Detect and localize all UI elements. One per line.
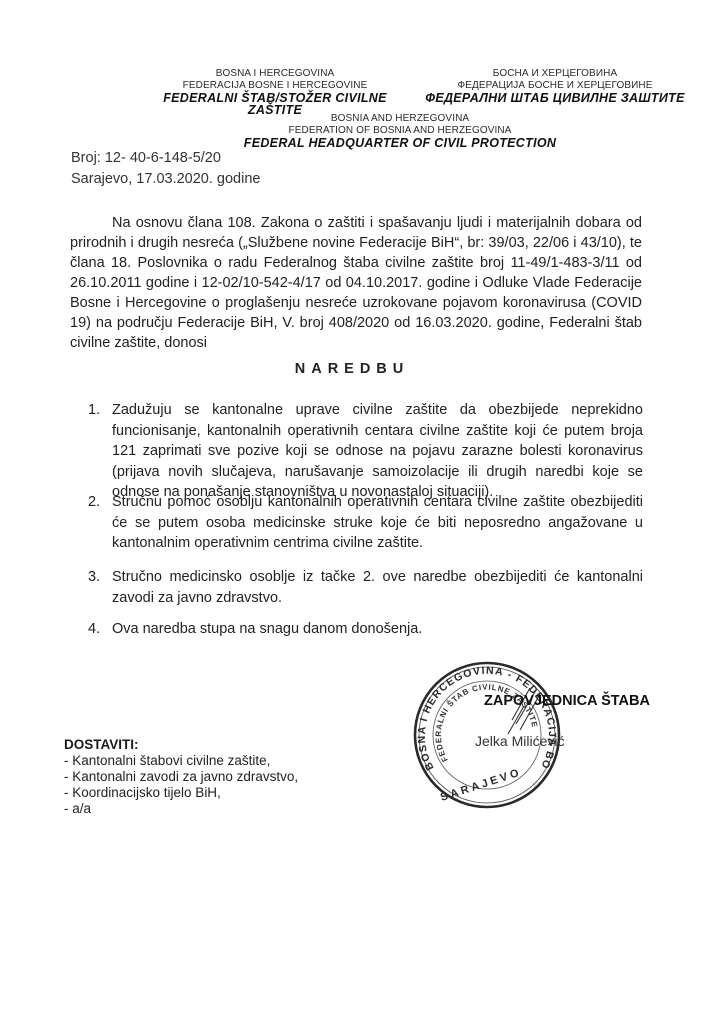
svg-text:BOSNA I HERCEGOVINA - FEDERACI: BOSNA I HERCEGOVINA - FEDERACIJA BOSNE I…: [412, 650, 558, 772]
order-item-number: 1.: [88, 400, 110, 421]
signatory-title: ZAPOVJEDNICA ŠTABA: [484, 693, 650, 709]
distribution-list: DOSTAVITI: - Kantonalni štabovi civilne …: [64, 737, 298, 817]
order-item: 3. Stručno medicinsko osoblje iz tačke 2…: [88, 567, 643, 608]
distribution-heading: DOSTAVITI:: [64, 737, 298, 753]
preamble: Na osnovu člana 108. Zakona o zaštiti i …: [70, 213, 642, 353]
distribution-item: - a/a: [64, 801, 298, 817]
stamp-city: SARAJEVO: [439, 766, 523, 804]
order-item: 4. Ova naredba stupa na snagu danom dono…: [88, 619, 643, 640]
header-english: BOSNIA AND HERZEGOVINA FEDERATION OF BOS…: [200, 113, 600, 149]
order-item: 2. Stručnu pomoć osoblju kantonalnih ope…: [88, 492, 643, 554]
order-item-text: Zadužuju se kantonalne uprave civilne za…: [112, 400, 643, 503]
header-english-agency: FEDERAL HEADQUARTER OF CIVIL PROTECTION: [200, 137, 600, 149]
order-item-text: Stručno medicinsko osoblje iz tačke 2. o…: [112, 567, 643, 608]
order-item-text: Ova naredba stupa na snagu danom donošen…: [112, 619, 643, 640]
order-item-text: Stručnu pomoć osoblju kantonalnih operat…: [112, 492, 643, 554]
order-item-number: 3.: [88, 567, 110, 588]
distribution-item: - Koordinacijsko tijelo BiH,: [64, 785, 298, 801]
distribution-item: - Kantonalni štabovi civilne zaštite,: [64, 753, 298, 769]
order-item: 1. Zadužuju se kantonalne uprave civilne…: [88, 400, 643, 503]
reference-number: Broj: 12- 40-6-148-5/20: [71, 150, 221, 166]
header-cyrillic-country: БОСНА И ХЕРЦЕГОВИНА: [420, 68, 690, 80]
header-cyrillic: БОСНА И ХЕРЦЕГОВИНА ФЕДЕРАЦИЈА БОСНЕ И Х…: [420, 68, 690, 104]
stamp-outer-text: BOSNA I HERCEGOVINA - FEDERACIJA BOSNE I…: [412, 650, 558, 772]
document-date: Sarajevo, 17.03.2020. godine: [71, 171, 260, 187]
distribution-item: - Kantonalni zavodi za javno zdravstvo,: [64, 769, 298, 785]
document-title: NAREDBU: [0, 361, 704, 377]
signatory-name: Jelka Milićević: [475, 733, 564, 749]
header-latin: BOSNA I HERCEGOVINA FEDERACIJA BOSNE I H…: [150, 68, 400, 116]
header-latin-country: BOSNA I HERCEGOVINA: [150, 68, 400, 80]
header-english-country: BOSNIA AND HERZEGOVINA: [200, 113, 600, 125]
preamble-text: Na osnovu člana 108. Zakona o zaštiti i …: [70, 215, 642, 351]
header-cyrillic-agency: ФЕДЕРАЛНИ ШТАБ ЦИВИЛНЕ ЗАШТИТЕ: [420, 92, 690, 104]
order-item-number: 2.: [88, 492, 110, 513]
order-item-number: 4.: [88, 619, 110, 640]
